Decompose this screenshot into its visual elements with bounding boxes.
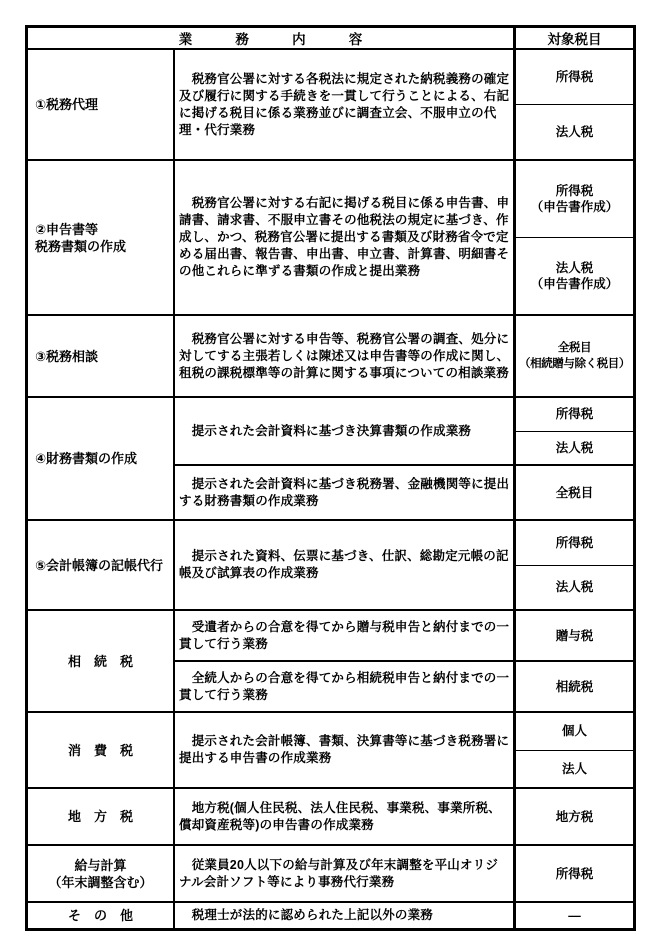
- tax-cell: ―: [516, 903, 633, 928]
- category-cell: 消 費 税: [28, 713, 175, 787]
- row-bookkeeping: ⑤会計帳簿の記帳代行 提示された資料、伝票に基づき、仕訳、総勘定元帳の記帳及び試…: [28, 521, 633, 611]
- description-cell: 税理士が法的に認められた上記以外の業務: [175, 903, 516, 928]
- description-cell: 税務官公署に対する各税法に規定された納税義務の確定及び履行に関する手続きを一貫し…: [175, 50, 516, 159]
- tax-cell: 所得税: [516, 50, 633, 104]
- services-table: 業 務 内 容 対象税目 ①税務代理 税務官公署に対する各税法に規定された納税義…: [25, 25, 636, 931]
- description-cell: 提示された会計帳簿、書類、決算書等に基づき税務署に提出する申告書の作成業務: [175, 713, 516, 787]
- row-tax-documents: ②申告書等 税務書類の作成 税務官公署に対する右記に掲げる税目に係る申告書、申請…: [28, 161, 633, 316]
- row-inheritance-tax: 相 続 税 受遺者からの合意を得てから贈与税申告と納付までの一貫して行う業務 贈…: [28, 611, 633, 713]
- row-payroll: 給与計算 （年末調整含む） 従業員20人以下の給与計算及び年末調整を平山オリジナ…: [28, 846, 633, 903]
- tax-cell: 法人税: [516, 431, 633, 465]
- description-cell: 提示された資料、伝票に基づき、仕訳、総勘定元帳の記帳及び試算表の作成業務: [175, 521, 516, 609]
- tax-cell: 贈与税: [516, 611, 633, 660]
- tax-cell: 所得税: [516, 398, 633, 431]
- category-cell: 給与計算 （年末調整含む）: [28, 846, 175, 901]
- description-cell: 全続人からの合意を得てから相続税申告と納付までの一貫して行う業務: [175, 662, 516, 711]
- description-cell: 税務官公署に対する申告等、税務官公署の調査、処分に対してする主張若しくは陳述又は…: [175, 316, 516, 396]
- business-content-header: 業 務 内 容: [28, 28, 516, 48]
- description-cell: 提示された会計資料に基づき決算書類の作成業務: [175, 398, 516, 464]
- description-cell: 受遺者からの合意を得てから贈与税申告と納付までの一貫して行う業務: [175, 611, 516, 660]
- tax-cell: 所得税 （申告書作成）: [516, 161, 633, 237]
- category-cell: 相 続 税: [28, 611, 175, 711]
- category-cell: ④財務書類の作成: [28, 398, 175, 519]
- row-tax-agency: ①税務代理 税務官公署に対する各税法に規定された納税義務の確定及び履行に関する手…: [28, 50, 633, 161]
- tax-cell: 法人税: [516, 565, 633, 610]
- tax-cell: 全税目: [516, 466, 633, 519]
- tax-cell: 法人税 （申告書作成）: [516, 237, 633, 314]
- tax-cell: 法人税: [516, 104, 633, 159]
- category-cell: ②申告書等 税務書類の作成: [28, 161, 175, 314]
- tax-cell: 法人: [516, 750, 633, 788]
- target-tax-header: 対象税目: [516, 28, 633, 48]
- row-local-tax: 地 方 税 地方税(個人住民税、法人住民税、事業税、事業所税、償却資産税等)の申…: [28, 789, 633, 846]
- category-cell: ①税務代理: [28, 50, 175, 159]
- tax-cell: 所得税: [516, 846, 633, 901]
- category-cell: そ の 他: [28, 903, 175, 928]
- tax-cell: 個人: [516, 713, 633, 750]
- category-cell: 地 方 税: [28, 789, 175, 844]
- row-financial-documents: ④財務書類の作成 提示された会計資料に基づき決算書類の作成業務 所得税 法人税 …: [28, 398, 633, 521]
- tax-cell: 相続税: [516, 662, 633, 711]
- header-row: 業 務 内 容 対象税目: [28, 28, 633, 50]
- row-other: そ の 他 税理士が法的に認められた上記以外の業務 ―: [28, 903, 633, 928]
- row-consumption-tax: 消 費 税 提示された会計帳簿、書類、決算書等に基づき税務署に提出する申告書の作…: [28, 713, 633, 789]
- description-cell: 提示された会計資料に基づき税務署、金融機関等に提出する財務書類の作成業務: [175, 466, 516, 519]
- row-tax-consultation: ③税務相談 税務官公署に対する申告等、税務官公署の調査、処分に対してする主張若し…: [28, 316, 633, 398]
- tax-cell: 全税目 （相続贈与除く税目）: [516, 316, 633, 396]
- description-cell: 税務官公署に対する右記に掲げる税目に係る申告書、申請書、請求書、不服申立書その他…: [175, 161, 516, 314]
- description-cell: 地方税(個人住民税、法人住民税、事業税、事業所税、償却資産税等)の申告書の作成業…: [175, 789, 516, 844]
- description-cell: 従業員20人以下の給与計算及び年末調整を平山オリジナル会計ソフト等により事務代行…: [175, 846, 516, 901]
- tax-cell: 所得税: [516, 521, 633, 565]
- category-cell: ⑤会計帳簿の記帳代行: [28, 521, 175, 609]
- page: 業 務 内 容 対象税目 ①税務代理 税務官公署に対する各税法に規定された納税義…: [0, 0, 661, 929]
- tax-cell: 地方税: [516, 789, 633, 844]
- category-cell: ③税務相談: [28, 316, 175, 396]
